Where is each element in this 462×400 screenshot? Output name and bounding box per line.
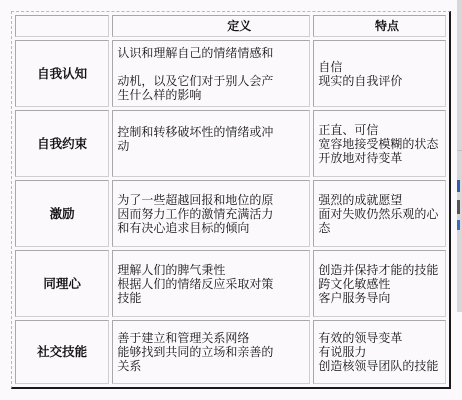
trait-line: 宽容地接受模糊的状态	[318, 137, 441, 151]
definition-cell: 理解人们的脾气秉性 根据人们的情绪反应采取对策 技能	[112, 250, 310, 317]
trait-line: 有效的领导变革	[318, 331, 441, 345]
trait-line: 自信	[318, 60, 441, 74]
definition-line: 能够找到共同的立场和亲善的	[117, 345, 305, 359]
definition-line: 动机，以及它们对于别人会产	[117, 74, 305, 88]
panel-divider	[457, 150, 462, 151]
definition-line: 为了一些超越回报和地位的原	[117, 193, 305, 207]
table-row: 自我约束 控制和转移破坏性的情绪或冲 动 正直、可信 宽容地接受模糊的状态 开放…	[15, 110, 446, 177]
trait-line: 开放地对待变革	[318, 151, 441, 165]
dimension-cell: 自我认知	[15, 40, 109, 107]
definition-line: 善于建立和管理关系网络	[117, 331, 305, 345]
dimension-cell: 社交技能	[15, 320, 109, 384]
traits-cell: 正直、可信 宽容地接受模糊的状态 开放地对待变革	[313, 110, 446, 177]
table-header-row: 定义 特点	[15, 15, 446, 37]
table-row: 激励 为了一些超越回报和地位的原 因而努力工作的激情充满活力 和有决心追求目标的…	[15, 180, 446, 247]
traits-cell: 有效的领导变革 有说服力 创造核领导团队的技能	[313, 320, 446, 384]
trait-line: 面对失败仍然乐观的心	[318, 207, 441, 221]
dimension-cell: 激励	[15, 180, 109, 247]
traits-cell: 强烈的成就愿望 面对失败仍然乐观的心 态	[313, 180, 446, 247]
header-definition: 定义	[112, 15, 310, 37]
definition-cell: 为了一些超越回报和地位的原 因而努力工作的激情充满活力 和有决心追求目标的倾向	[112, 180, 310, 247]
partial-link-fragment[interactable]	[457, 180, 460, 192]
trait-line: 正直、可信	[318, 123, 441, 137]
emotional-intelligence-table: 定义 特点 自我认知 认识和理解自己的情绪情感和 动机，以及它们对于别人会产 生…	[11, 11, 451, 389]
header-traits: 特点	[313, 15, 446, 37]
definition-line: 因而努力工作的激情充满活力	[117, 207, 305, 221]
trait-line: 现实的自我评价	[318, 74, 441, 88]
traits-cell: 创造并保持才能的技能 跨文化敏感性 客户服务导向	[313, 250, 446, 317]
trait-line: 有说服力	[318, 345, 441, 359]
definition-line: 和有决心追求目标的倾向	[117, 221, 305, 235]
dimension-cell: 同理心	[15, 250, 109, 317]
trait-line: 跨文化敏感性	[318, 277, 441, 291]
definition-line: 根据人们的情绪反应采取对策	[117, 277, 305, 291]
dimension-cell: 自我约束	[15, 110, 109, 177]
definition-line: 控制和转移破坏性的情绪或冲	[117, 125, 305, 139]
definition-line: 动	[117, 139, 305, 153]
trait-line: 创造并保持才能的技能	[318, 263, 441, 277]
trait-line: 强烈的成就愿望	[318, 193, 441, 207]
definition-line: 生什么样的影响	[117, 88, 305, 102]
page: 定义 特点 自我认知 认识和理解自己的情绪情感和 动机，以及它们对于别人会产 生…	[0, 0, 462, 400]
trait-line: 客户服务导向	[318, 291, 441, 305]
partial-text-fragment	[457, 200, 460, 214]
definition-line: 技能	[117, 291, 305, 305]
definition-line: 关系	[117, 359, 305, 373]
trait-line: 创造核领导团队的技能	[318, 359, 441, 373]
side-panel-edge	[457, 0, 462, 312]
definition-blank-line	[117, 60, 305, 74]
table-row: 同理心 理解人们的脾气秉性 根据人们的情绪反应采取对策 技能 创造并保持才能的技…	[15, 250, 446, 317]
definition-cell: 认识和理解自己的情绪情感和 动机，以及它们对于别人会产 生什么样的影响	[112, 40, 310, 107]
header-dimension	[15, 15, 109, 37]
table-row: 社交技能 善于建立和管理关系网络 能够找到共同的立场和亲善的 关系 有效的领导变…	[15, 320, 446, 384]
definition-cell: 善于建立和管理关系网络 能够找到共同的立场和亲善的 关系	[112, 320, 310, 384]
definition-line: 认识和理解自己的情绪情感和	[117, 46, 305, 60]
partial-link-fragment[interactable]	[457, 220, 460, 230]
definition-line: 理解人们的脾气秉性	[117, 263, 305, 277]
trait-line: 态	[318, 221, 441, 235]
table-row: 自我认知 认识和理解自己的情绪情感和 动机，以及它们对于别人会产 生什么样的影响…	[15, 40, 446, 107]
definition-cell: 控制和转移破坏性的情绪或冲 动	[112, 110, 310, 177]
traits-cell: 自信 现实的自我评价	[313, 40, 446, 107]
